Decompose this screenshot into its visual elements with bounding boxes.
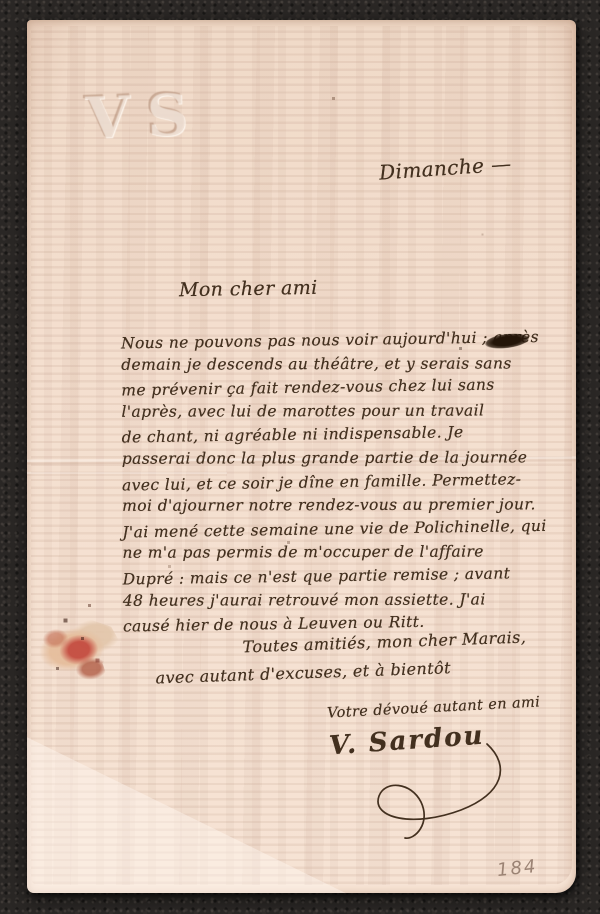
wax-stain-specks <box>27 20 28 21</box>
embossed-monogram-stamp: VS <box>84 80 205 152</box>
signature: V. Sardou <box>328 721 485 762</box>
pencil-catalog-number: 184 <box>496 856 538 881</box>
fold-highlight <box>27 703 576 893</box>
salutation: Mon cher ami <box>179 277 318 301</box>
body-line: Dupré : mais ce n'est que partie remise … <box>123 561 568 592</box>
date-line: Dimanche — <box>378 151 512 184</box>
closing-lines: Toutes amitiés, mon cher Marais, avec au… <box>154 624 528 693</box>
letter-paper: VS Dimanche — Mon cher ami Nous ne pouvo… <box>27 20 576 893</box>
valediction: Votre dévoué autant en ami <box>327 694 541 721</box>
wax-seal-stain <box>20 587 131 702</box>
letter-body: Nous ne pouvons pas nous voir aujourd'hu… <box>121 327 568 637</box>
